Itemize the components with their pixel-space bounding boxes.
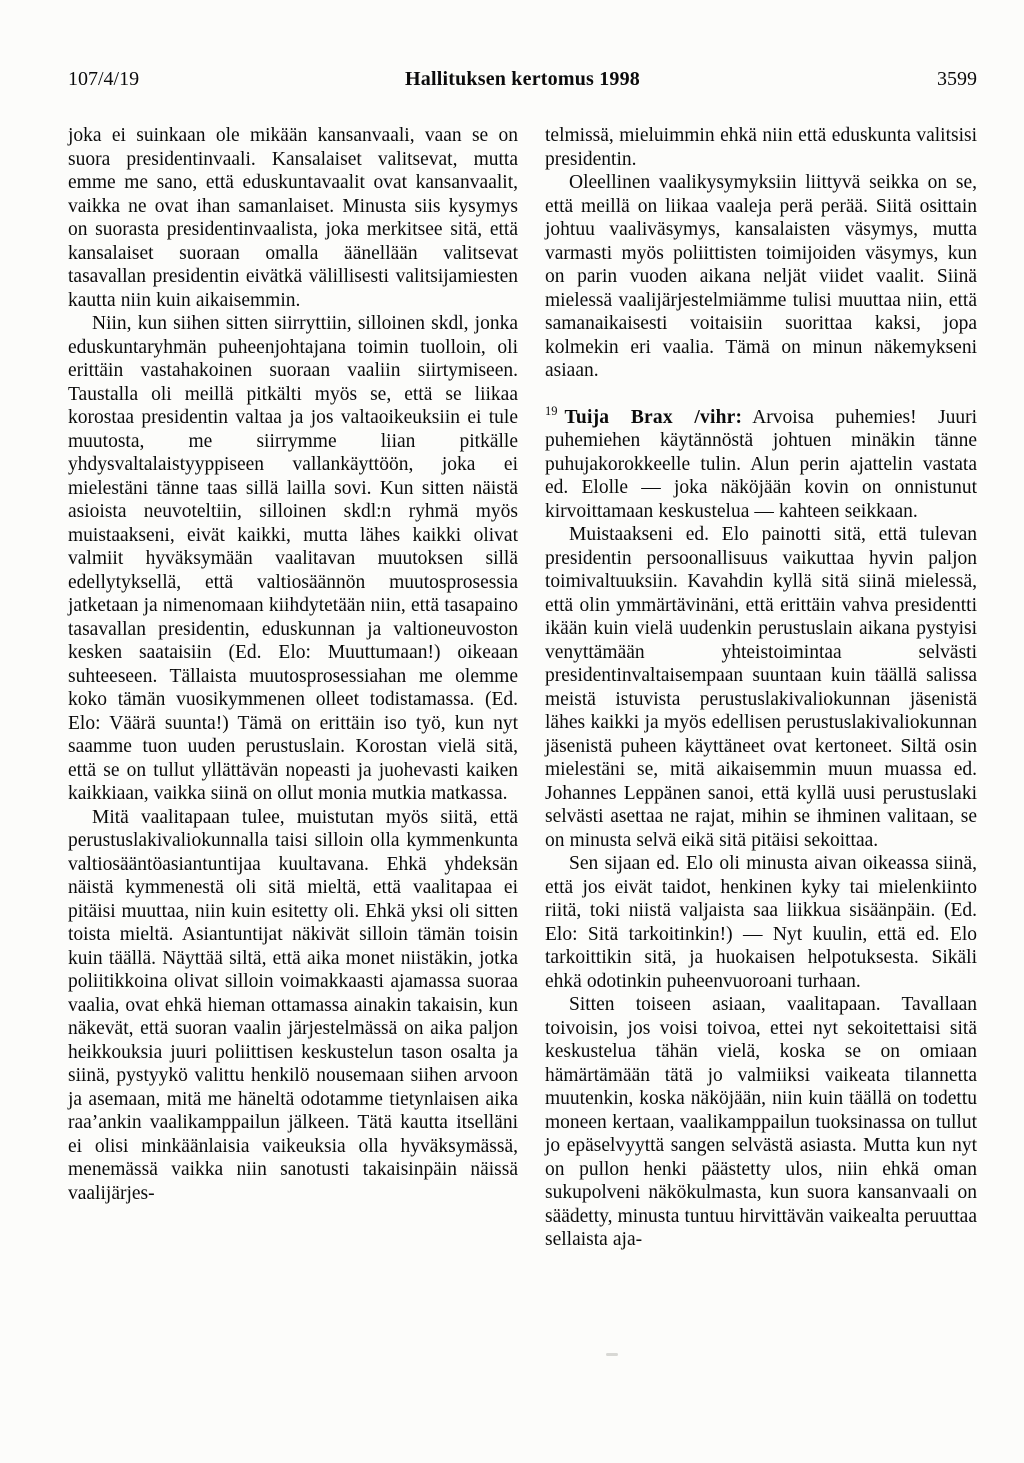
left-column: joka ei suinkaan ole mikään kansanvaali,…	[68, 124, 518, 1252]
speech-number: 19	[545, 404, 558, 418]
paragraph: Oleellinen vaalikysymyksiin liittyvä sei…	[545, 171, 977, 383]
paragraph: Mitä vaalitapaan tulee, muistutan myös s…	[68, 806, 518, 1206]
scan-artifact	[606, 1353, 618, 1356]
paragraph-continuation: telmissä, mieluimmin ehkä niin että edus…	[545, 124, 977, 171]
paragraph-continuation: joka ei suinkaan ole mikään kansanvaali,…	[68, 124, 518, 312]
paragraph: Sitten toiseen asiaan, vaalitapaan. Tava…	[545, 993, 977, 1252]
speech-paragraph: 19Tuija Brax /vihr:Arvoisa puhemies! Juu…	[545, 406, 977, 524]
right-column: telmissä, mieluimmin ehkä niin että edus…	[545, 124, 977, 1252]
document-page: 107/4/19 Hallituksen kertomus 1998 3599 …	[0, 0, 1024, 1463]
text-columns: joka ei suinkaan ole mikään kansanvaali,…	[68, 124, 977, 1252]
speaker-name: Tuija Brax /vihr:	[565, 407, 743, 428]
page-header: 107/4/19 Hallituksen kertomus 1998 3599	[68, 66, 977, 92]
document-title: Hallituksen kertomus 1998	[405, 66, 640, 92]
page-number: 3599	[937, 66, 977, 92]
document-reference: 107/4/19	[68, 66, 139, 92]
paragraph: Sen sijaan ed. Elo oli minusta aivan oik…	[545, 852, 977, 993]
paragraph: Muistaakseni ed. Elo painotti sitä, että…	[545, 523, 977, 852]
paragraph: Niin, kun siihen sitten siirryttiin, sil…	[68, 312, 518, 806]
